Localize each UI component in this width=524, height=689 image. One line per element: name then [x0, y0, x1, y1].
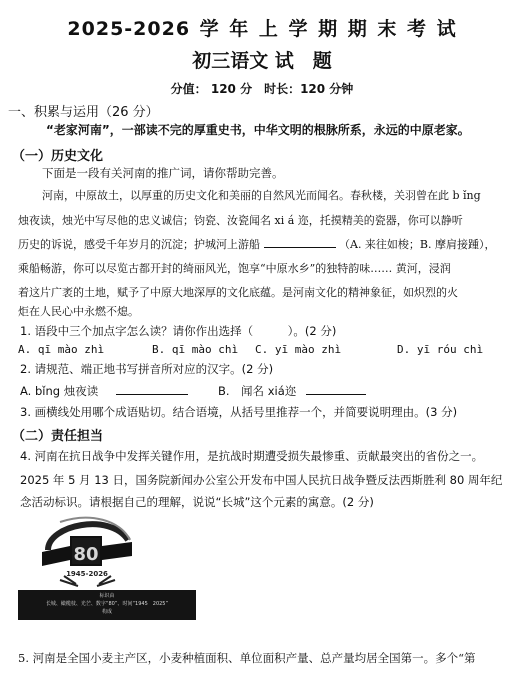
option-b: B. qī mào chì [152, 343, 238, 356]
passage-line: 乘船畅游，你可以尽览古都开封的绮丽风光，饱享“中原水乡”的独特韵味…… 黄河，浸… [18, 260, 451, 276]
anniversary-logo: 80 1945-2026 [40, 510, 135, 588]
question-1: 1. 语段中三个加点字怎么读？请你作出选择（ ）。(2 分) [20, 323, 336, 339]
question-2: 2. 请规范、端正地书写拼音所对应的汉字。(2 分) [20, 361, 273, 377]
option-d: D. yī róu chì [397, 343, 483, 356]
part1-heading: （一）历史文化 [12, 145, 103, 164]
passage-line: 炬在人民心中永燃不熄。 [18, 303, 139, 319]
exam-meta: 分值： 120 分 时长：120 分钟 [0, 80, 524, 97]
passage-text: 历史的诉说，感受千年岁月的沉淀；护城河上游船 [18, 238, 260, 251]
question-4-line: 4. 河南在抗日战争中发挥关键作用，是抗战时期遭受损失最惨重、贡献最突出的省份之… [20, 448, 483, 464]
q2-a-label: A. bǐng 烛夜读 [20, 384, 98, 398]
exam-title: 2025-2026 学 年 上 学 期 期 末 考 试 [0, 14, 524, 41]
section-heading: 一、积累与运用（26 分） [8, 101, 159, 120]
passage-line: 河南，中原故土，以厚重的历史文化和美丽的自然风光而闻名。春秋楼，关羽曾在此 b … [42, 187, 481, 203]
logo-caption: 标识由 长城、橄榄枝、光芒、数字“80”、时间“1945 2025” 构成 [18, 590, 196, 620]
section-theme: “老家河南”，一部读不完的厚重史书，中华文明的根脉所系，永远的中原老家。 [46, 121, 470, 138]
svg-text:1945-2026: 1945-2026 [66, 570, 108, 578]
part1-intro: 下面是一段有关河南的推广词，请你帮助完善。 [42, 165, 284, 181]
answer-blank[interactable] [264, 237, 336, 248]
question-2-b: B. 闻名 xiá迩 [218, 383, 366, 399]
question-4-line: 2025 年 5 月 13 日，国务院新闻办公室公开发布中国人民抗日战争暨反法西… [20, 472, 502, 488]
answer-blank-a[interactable] [116, 384, 188, 395]
passage-line: 烛夜读，烛光中写尽他的忠义诚信；钧瓷、汝瓷闻名 xi á 迩，托摸精美的瓷器，你… [18, 212, 463, 228]
q2-b-label: B. 闻名 xiá迩 [218, 384, 296, 398]
question-2-a: A. bǐng 烛夜读 [20, 383, 188, 399]
passage-line: 着这片广袤的土地，赋予了中原大地深厚的文化底蕴。是河南文化的精神象征，如炽烈的火 [18, 284, 458, 300]
answer-blank-b[interactable] [306, 384, 366, 395]
question-4-line: 念活动标识。请根据自己的理解，说说“长城”这个元素的寓意。(2 分) [20, 494, 374, 510]
part2-heading: （二）责任担当 [12, 425, 103, 444]
question-3: 3. 画横线处用哪个成语贴切。结合语境，从括号里推荐一个，并简要说明理由。(3 … [20, 404, 457, 420]
great-wall-icon: 80 1945-2026 [40, 510, 135, 588]
option-c: C. yī mào zhì [255, 343, 341, 356]
caption-line: 长城、橄榄枝、光芒、数字“80”、时间“1945 2025” [18, 600, 196, 608]
caption-line: 构成 [18, 608, 196, 616]
exam-subtitle: 初三语文 试 题 [0, 46, 524, 73]
caption-line: 标识由 [18, 592, 196, 600]
passage-line: 历史的诉说，感受千年岁月的沉淀；护城河上游船 （A. 来往如梭；B. 摩肩接踵）… [18, 236, 496, 252]
svg-text:80: 80 [73, 544, 98, 565]
option-a: A. qī mào zhì [18, 343, 104, 356]
passage-options: （A. 来往如梭；B. 摩肩接踵）， [339, 238, 496, 251]
question-5: 5. 河南是全国小麦主产区，小麦种植面积、单位面积产量、总产量均居全国第一。多个… [18, 650, 476, 666]
